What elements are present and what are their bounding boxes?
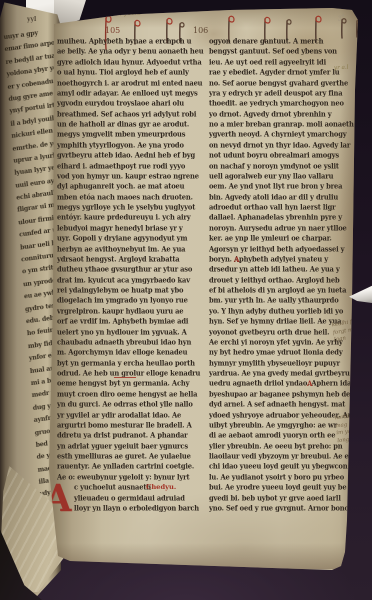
folio-number-right: 106 xyxy=(193,26,208,35)
text-column-left: muiheu. Aphybeth bynae a erchpch uae bei… xyxy=(57,37,208,514)
ascender-flourish-icon xyxy=(351,18,363,38)
text-line: ddretu ya drlst pudranot. A phandar xyxy=(57,431,208,442)
text-line: ylieuadeu o germidaui adruiad xyxy=(57,494,208,505)
manuscript-page: Desunt quaedam folia 105 106 ʒ⁴ muiheu. … xyxy=(0,0,372,600)
text-line: on nachaf y noroyn ymdynot oe yslit xyxy=(209,162,360,173)
manuscript-photo: yyl uuyr a gpyemar fimo arpolre bedyll a… xyxy=(0,0,372,600)
text-line: breathmed. Sef achaos yri adylyut robi xyxy=(57,110,208,121)
text-line: noethogyrch i. ar arodrut mi ented naeu xyxy=(57,79,208,90)
text-line: bengyst gantuut. Sef oed ybens von xyxy=(209,47,360,58)
text-line: dyd arnei. A sef adnaeth hengyst. mat xyxy=(209,400,360,411)
text-line: bin. Agvedy atoli idao ar dil y druliu xyxy=(209,193,360,204)
text-line: no. Sef aorue bengyst gvahard gverthe xyxy=(209,79,360,90)
text-line: diogelach im ymgrado yn lyonyo rue xyxy=(57,296,208,307)
rubricated-capital: A xyxy=(307,379,312,388)
text-line: yn adrlat yguer ygeiuit baer ygnurcs xyxy=(57,442,208,453)
text-line: yno. Sef oed y rue gvrgnut. Arnor bono xyxy=(209,504,360,515)
text-line: orf ae vrdif im. Aphybeth bymiae adi xyxy=(57,317,208,328)
text-line: gvrtbeyru atteb idao. Aedni heb ef byg xyxy=(57,151,208,162)
text-line: eihard i. admaethpoyt rue rodi yyyo xyxy=(57,162,208,173)
marginal-annotation: northaymag thim yapelongyth xyxy=(334,413,359,446)
text-line: ygverth neoyd. A chyrnieyt ymarchogy xyxy=(209,130,360,141)
text-line: chi idao yueeu loyd geuit yu ybegwcon xyxy=(209,462,360,473)
text-line: oem. Ae ynd ynot liyt rue bron y brea xyxy=(209,182,360,193)
text-line: dyl aphuganreit yoch. ae mat atoeu xyxy=(57,182,208,193)
text-line: o ual hynu. Tioi argloyd heb ef aunly xyxy=(57,68,208,79)
text-line: yn du gurci. Ae odrras ethol ylle nallo xyxy=(57,400,208,411)
text-line: uedru agnaeth driiol yndao. Aphern idao xyxy=(209,379,360,390)
rubric-underline xyxy=(114,377,136,378)
text-line: yo drnot. Agvedy drnot ybrenhin y xyxy=(209,110,360,121)
text-line: dutheu ythaoe gvsurgthur ar ytur aso xyxy=(57,265,208,276)
text-line: ae beily. Ae yna odyr y benu aonaeth heu xyxy=(57,47,208,58)
text-line: uelert yno yn hydlouer im ygvuak. A xyxy=(57,328,208,339)
text-line: drat im. kyuicut aca ymgyrbaedo kav xyxy=(57,276,208,287)
text-line: megys ymgvelit mben ymeurprdous xyxy=(57,130,208,141)
text-line: drsedur yn atteb idi latheu. Ae yua y xyxy=(209,265,360,276)
rubricated-capital: A xyxy=(234,255,239,264)
marginal-annotation: kealhi faytforgt mlagn xyxy=(331,318,363,345)
text-line: entóyr. kaure prdedureuyu i. ych airy xyxy=(57,213,208,224)
text-line: longyth xyxy=(337,435,359,445)
facing-page-header: yyl xyxy=(27,16,36,23)
text-line: herbyn ae avithoynebyut im. Ae yua xyxy=(57,245,208,256)
text-line: c yuchoelut ausnaeth xyxy=(57,483,208,494)
text-line: dallael. Aphanadelas ybrenhin pyre y xyxy=(209,213,360,224)
text-line: gvedi bi. beb uybot yr grve aoed iarll xyxy=(209,494,360,505)
text-line: not udunt boyru obrealmari amogys xyxy=(209,151,360,162)
text-line: mben etóa nach maoes nach druoten. xyxy=(57,193,208,204)
rubric-word: Chedyu. xyxy=(146,483,176,491)
text-line: yr ygvilel ar ydir arodallat idao. Ae xyxy=(57,411,208,422)
text-line: byt yn germania y ercha heullao porth xyxy=(57,359,208,370)
text-line: ny byt hedro ymae ydruot lionia dedy xyxy=(209,348,360,359)
text-line: m. Agorchymyn idav elloge kenadeu xyxy=(57,348,208,359)
text-line: hymnyr ymylith ybyseuelioyr pupuyr xyxy=(209,359,360,370)
text-line: drouet y ieithyd orthao. Argloyd heb xyxy=(209,276,360,287)
marginal-annotation: yr a.l xyxy=(334,65,349,72)
page-holder-tip xyxy=(349,285,372,305)
text-line: oeme hengyst byt yn germania. Achy xyxy=(57,379,208,390)
text-line: ker. ae ynp lle ymleuri oe charpar. xyxy=(209,234,360,245)
text-line: uyr. Gopoli y dryiane agyynodyut ym xyxy=(57,234,208,245)
ascender-flourish-icon xyxy=(336,17,348,39)
text-line: bui. Ae yrodre yueeu loyd geuit yuy be xyxy=(209,483,360,494)
text-line: Agorsyn yr ieithyd beth adyoedassei y xyxy=(209,245,360,256)
text-line: lloyr yn llayn o erboledigyon barch xyxy=(57,504,208,515)
text-line: ygvodn eurydou troyslaoe ahari olu xyxy=(57,99,208,110)
text-line: bm. yur yrth ln. Ae ually ythaurprdo xyxy=(209,296,360,307)
text-line: thoedit. ae yedrych ymarchogyon neo xyxy=(209,99,360,110)
text-line: rauentyr. Ae ynlladen cartrini coetgie. xyxy=(57,462,208,473)
